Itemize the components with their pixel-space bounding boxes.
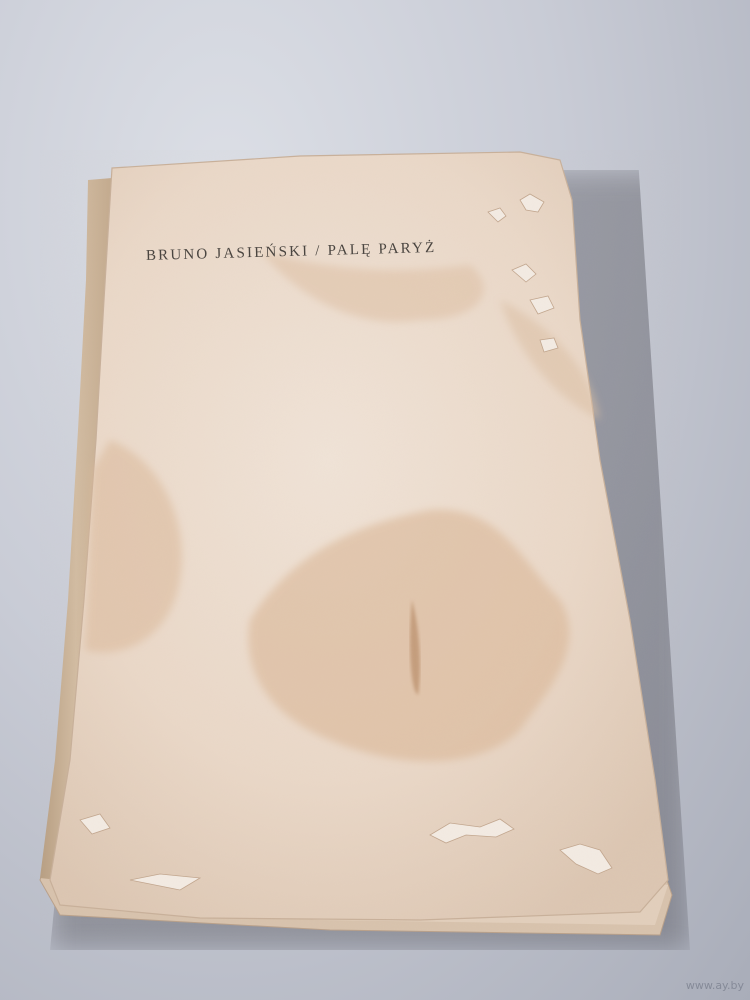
photo-scene: BRUNO JASIEŃSKI / PALĘ PARYŻ www.ay.by <box>0 0 750 1000</box>
watermark: www.ay.by <box>686 979 744 992</box>
book-cover <box>0 0 750 1000</box>
